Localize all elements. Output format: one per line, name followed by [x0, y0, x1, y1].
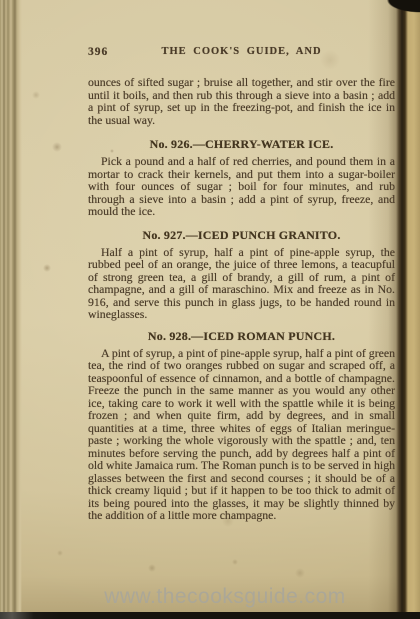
page-number: 396	[88, 46, 108, 58]
running-head-row: 396 THE COOK'S GUIDE, AND	[88, 46, 395, 59]
continuation-paragraph: ounces of sifted sugar ; bruise all toge…	[88, 76, 395, 126]
running-header-title: THE COOK'S GUIDE, AND	[88, 46, 395, 57]
book-page: 396 THE COOK'S GUIDE, AND ounces of sift…	[0, 0, 420, 612]
recipe-928-heading: No. 928.—ICED ROMAN PUNCH.	[88, 330, 395, 343]
photo-frame: 396 THE COOK'S GUIDE, AND ounces of sift…	[0, 0, 420, 619]
page-text-column: 396 THE COOK'S GUIDE, AND ounces of sift…	[88, 0, 395, 522]
recipe-926-heading: No. 926.—CHERRY-WATER ICE.	[88, 138, 395, 151]
corner-shadow	[374, 0, 420, 20]
recipe-927-heading: No. 927.—ICED PUNCH GRANITO.	[88, 229, 395, 242]
recipe-928-body: A pint of syrup, a pint of pine-apple sy…	[88, 347, 395, 522]
book-page-edges	[0, 0, 22, 612]
recipe-926-body: Pick a pound and a half of red cherries,…	[88, 155, 395, 218]
watermark-text: www.thecooksguide.com	[0, 585, 420, 609]
recipe-927-body: Half a pint of syrup, half a pint of pin…	[88, 246, 395, 321]
photo-background-strip	[0, 612, 420, 619]
